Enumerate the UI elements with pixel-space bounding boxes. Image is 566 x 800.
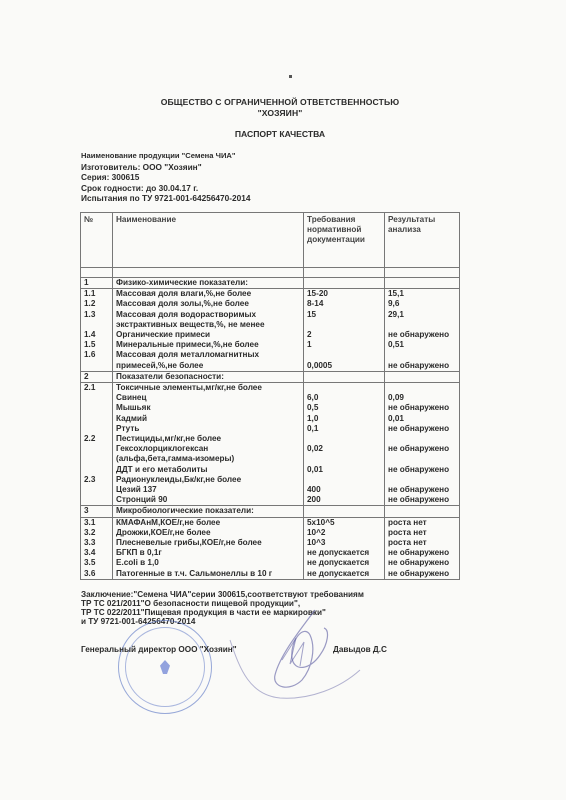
row-number: 3.5 (81, 558, 113, 568)
row-name: Гексохлорциклогексан (113, 444, 304, 454)
table-row: 1.4Органические примеси2не обнаружено (81, 330, 460, 340)
table-row: (альфа,бета,гамма-изомеры) (81, 454, 460, 464)
row-number: 1.5 (81, 340, 113, 350)
row-number (81, 361, 113, 372)
row-number: 3.2 (81, 528, 113, 538)
row-result: не обнаружено (385, 330, 460, 340)
series: Серия: 300615 (81, 172, 251, 183)
table-row: экстрактивных веществ,%, не менее (81, 320, 460, 330)
row-name: Дрожжи,КОЕ/г,не более (113, 528, 304, 538)
org-name-line2: "ХОЗЯИН" (0, 108, 563, 118)
row-name: Пестициды,мг/кг,не более (113, 434, 304, 444)
row-requirement (304, 278, 385, 289)
row-requirement (304, 383, 385, 394)
row-requirement (304, 434, 385, 444)
row-name: Минеральные примеси,%,не более (113, 340, 304, 350)
table-section-row: 3Микробиологические показатели: (81, 506, 460, 517)
row-number (81, 414, 113, 424)
table-row: 1.1Массовая доля влаги,%,не более15-2015… (81, 289, 460, 300)
product-info: Наименование продукции "Семена ЧИА" Изго… (81, 151, 251, 204)
row-number: 2.2 (81, 434, 113, 444)
row-requirement: 1 (304, 340, 385, 350)
row-result (385, 383, 460, 394)
row-result: 0,01 (385, 414, 460, 424)
table-row: 1.6Массовая доля металломагнитных (81, 350, 460, 360)
manufacturer: Изготовитель: ООО "Хозяин" (81, 162, 251, 173)
row-name: БГКП в 0,1г (113, 548, 304, 558)
scan-speck (289, 75, 292, 78)
table-row: 3.5E.coli в 1,0не допускаетсяне обнаруже… (81, 558, 460, 568)
row-requirement: 0,0005 (304, 361, 385, 372)
row-requirement: 10^3 (304, 538, 385, 548)
row-result: не обнаружено (385, 485, 460, 495)
row-result: не обнаружено (385, 465, 460, 475)
table-header-row: № Наименование Требования нормативной до… (81, 213, 460, 268)
row-result: не обнаружено (385, 403, 460, 413)
row-name: Свинец (113, 393, 304, 403)
row-requirement (304, 320, 385, 330)
table-row: Кадмий1,00,01 (81, 414, 460, 424)
table-row: 2.3Радионуклеиды,Бк/кг,не более (81, 475, 460, 485)
row-number (81, 424, 113, 434)
row-number: 2.1 (81, 383, 113, 394)
table-row: 1.3Массовая доля водорастворимых1529,1 (81, 310, 460, 320)
table-row: Стронций 90200не обнаружено (81, 495, 460, 506)
quality-table: № Наименование Требования нормативной до… (80, 212, 460, 580)
row-result (385, 506, 460, 517)
header-name: Наименование (113, 213, 304, 268)
row-name: Токсичные элементы,мг/кг,не более (113, 383, 304, 394)
table-row: 3.4БГКП в 0,1гне допускаетсяне обнаружен… (81, 548, 460, 558)
row-number (81, 465, 113, 475)
row-result: 0,09 (385, 393, 460, 403)
row-requirement: не допускается (304, 548, 385, 558)
row-name: Стронций 90 (113, 495, 304, 506)
row-result: 29,1 (385, 310, 460, 320)
row-result: 0,51 (385, 340, 460, 350)
row-requirement: 0,1 (304, 424, 385, 434)
row-number: 2 (81, 371, 113, 382)
row-result: 9,6 (385, 299, 460, 309)
table-row: 3.1КМАФАнМ,КОЕ/г,не более5x10^5роста нет (81, 517, 460, 528)
row-requirement: 400 (304, 485, 385, 495)
row-number: 3.1 (81, 517, 113, 528)
row-number: 1.1 (81, 289, 113, 300)
row-number: 1.3 (81, 310, 113, 320)
table-row: 3.6Патогенные в т.ч. Сальмонеллы в 10 гн… (81, 569, 460, 580)
row-number: 1 (81, 278, 113, 289)
row-requirement: 5x10^5 (304, 517, 385, 528)
row-result: не обнаружено (385, 444, 460, 454)
row-result: не обнаружено (385, 424, 460, 434)
row-result (385, 320, 460, 330)
table-row: примесей,%,не более0,0005не обнаружено (81, 361, 460, 372)
row-requirement: не допускается (304, 558, 385, 568)
row-result: не обнаружено (385, 558, 460, 568)
product-name: Наименование продукции "Семена ЧИА" (81, 151, 251, 162)
test-standard: Испытания по ТУ 9721-001-64256470-2014 (81, 193, 251, 204)
row-name: Цезий 137 (113, 485, 304, 495)
table-row: 1.2Массовая доля золы,%,не более8-149,6 (81, 299, 460, 309)
row-name: Плесневелые грибы,КОЕ/г,не более (113, 538, 304, 548)
document-page: ОБЩЕСТВО С ОГРАНИЧЕННОЙ ОТВЕТСТВЕННОСТЬЮ… (0, 0, 566, 800)
row-number: 1.2 (81, 299, 113, 309)
row-requirement (304, 350, 385, 360)
table-row: 3.2Дрожжи,КОЕ/г,не более10^2роста нет (81, 528, 460, 538)
row-result (385, 434, 460, 444)
row-requirement (304, 475, 385, 485)
handwritten-signature-icon (220, 600, 370, 710)
expiry-date: Срок годности: до 30.04.17 г. (81, 183, 251, 194)
row-number: 3 (81, 506, 113, 517)
row-result: 15,1 (385, 289, 460, 300)
row-name: КМАФАнМ,КОЕ/г,не более (113, 517, 304, 528)
row-requirement: 1,0 (304, 414, 385, 424)
row-number (81, 393, 113, 403)
row-name: Показатели безопасности: (113, 371, 304, 382)
table-section-row: 2Показатели безопасности: (81, 371, 460, 382)
table-row: 2.2Пестициды,мг/кг,не более (81, 434, 460, 444)
row-result (385, 475, 460, 485)
table-row: Гексохлорциклогексан0,02не обнаружено (81, 444, 460, 454)
row-requirement: 15-20 (304, 289, 385, 300)
row-result: не обнаружено (385, 361, 460, 372)
row-result (385, 350, 460, 360)
row-number (81, 454, 113, 464)
table-row: Свинец6,00,09 (81, 393, 460, 403)
row-requirement: 0,02 (304, 444, 385, 454)
header-requirements: Требования нормативной документации (304, 213, 385, 268)
row-number (81, 485, 113, 495)
row-requirement: 200 (304, 495, 385, 506)
row-number (81, 495, 113, 506)
row-name: ДДТ и его метаболиты (113, 465, 304, 475)
row-name: Радионуклеиды,Бк/кг,не более (113, 475, 304, 485)
row-name: Ртуть (113, 424, 304, 434)
row-name: Массовая доля золы,%,не более (113, 299, 304, 309)
row-result: не обнаружено (385, 495, 460, 506)
row-requirement: 8-14 (304, 299, 385, 309)
row-name: Массовая доля водорастворимых (113, 310, 304, 320)
row-number (81, 320, 113, 330)
row-name: экстрактивных веществ,%, не менее (113, 320, 304, 330)
row-name: Микробиологические показатели: (113, 506, 304, 517)
row-result (385, 278, 460, 289)
row-result: не обнаружено (385, 548, 460, 558)
row-requirement (304, 506, 385, 517)
row-requirement: 10^2 (304, 528, 385, 538)
row-number: 3.6 (81, 569, 113, 580)
row-requirement (304, 371, 385, 382)
row-result: роста нет (385, 528, 460, 538)
row-name: Массовая доля влаги,%,не более (113, 289, 304, 300)
row-result (385, 371, 460, 382)
row-result: роста нет (385, 538, 460, 548)
row-requirement: 15 (304, 310, 385, 320)
row-name: Физико-химические показатели: (113, 278, 304, 289)
row-name: Массовая доля металломагнитных (113, 350, 304, 360)
table-row: Цезий 137400не обнаружено (81, 485, 460, 495)
row-result: роста нет (385, 517, 460, 528)
row-number: 2.3 (81, 475, 113, 485)
row-requirement: 2 (304, 330, 385, 340)
row-number: 1.6 (81, 350, 113, 360)
row-result: не обнаружено (385, 569, 460, 580)
table-row: Мышьяк0,5не обнаружено (81, 403, 460, 413)
table-row: Ртуть0,1не обнаружено (81, 424, 460, 434)
table-row: ДДТ и его метаболиты0,01не обнаружено (81, 465, 460, 475)
row-name: Патогенные в т.ч. Сальмонеллы в 10 г (113, 569, 304, 580)
row-name: Органические примеси (113, 330, 304, 340)
row-requirement: 6,0 (304, 393, 385, 403)
row-requirement: 0,5 (304, 403, 385, 413)
row-number: 1.4 (81, 330, 113, 340)
row-requirement: не допускается (304, 569, 385, 580)
table-row: 3.3Плесневелые грибы,КОЕ/г,не более10^3р… (81, 538, 460, 548)
row-name: E.coli в 1,0 (113, 558, 304, 568)
org-name-line1: ОБЩЕСТВО С ОГРАНИЧЕННОЙ ОТВЕТСТВЕННОСТЬЮ (0, 97, 563, 107)
header-results: Результаты анализа (385, 213, 460, 268)
row-number: 3.3 (81, 538, 113, 548)
row-name: (альфа,бета,гамма-изомеры) (113, 454, 304, 464)
row-number (81, 444, 113, 454)
document-title: ПАСПОРТ КАЧЕСТВА (0, 129, 563, 139)
row-name: Кадмий (113, 414, 304, 424)
row-name: Мышьяк (113, 403, 304, 413)
row-number: 3.4 (81, 548, 113, 558)
header-number: № (81, 213, 113, 268)
row-result (385, 454, 460, 464)
table-row: 1.5Минеральные примеси,%,не более10,51 (81, 340, 460, 350)
table-spacer-row (81, 268, 460, 278)
row-requirement: 0,01 (304, 465, 385, 475)
row-name: примесей,%,не более (113, 361, 304, 372)
table-section-row: 1Физико-химические показатели: (81, 278, 460, 289)
row-requirement (304, 454, 385, 464)
signatory-position: Генеральный директор ООО "Хозяин" (81, 645, 237, 654)
row-number (81, 403, 113, 413)
table-row: 2.1Токсичные элементы,мг/кг,не более (81, 383, 460, 394)
